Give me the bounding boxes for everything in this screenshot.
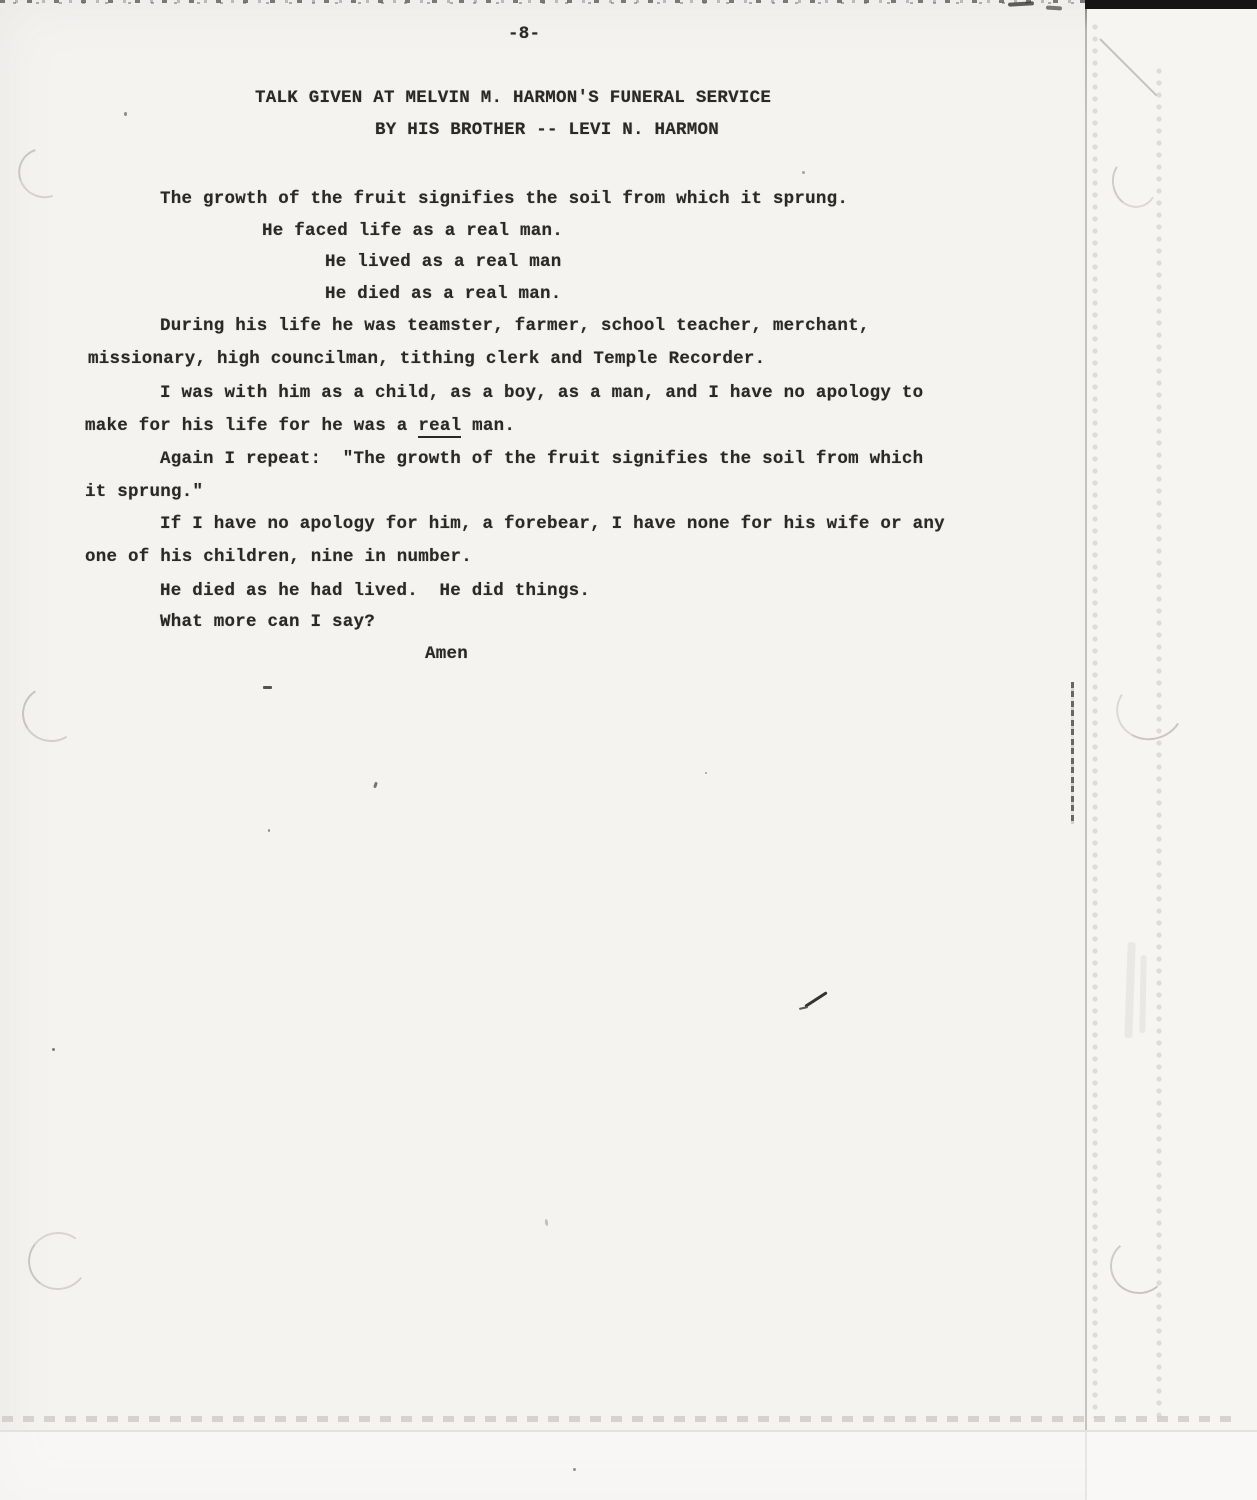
body-line-suffix: man. <box>461 416 515 436</box>
scan-bottom-margin <box>0 1432 1257 1500</box>
body-line-prefix: make for his life for he was a <box>85 416 418 436</box>
ink-speck <box>802 171 805 174</box>
body-line-with-underline: make for his life for he was a real man. <box>85 416 515 436</box>
body-line: What more can I say? <box>160 612 375 632</box>
punch-ring-mark <box>17 681 85 748</box>
page-number: -8- <box>508 24 540 44</box>
body-line: I was with him as a child, as a boy, as … <box>160 383 923 403</box>
ink-speck <box>52 1048 55 1051</box>
ink-speck <box>268 829 270 832</box>
protector-stitch-right <box>1154 66 1165 1418</box>
scan-edge-black-bar <box>1085 0 1257 9</box>
body-line: During his life he was teamster, farmer,… <box>160 316 870 336</box>
body-line: He faced life as a real man. <box>262 221 563 241</box>
body-line: If I have no apology for him, a forebear… <box>160 514 945 534</box>
body-line-amen: Amen <box>425 644 468 664</box>
scanned-document-page: -8- TALK GIVEN AT MELVIN M. HARMON'S FUN… <box>0 0 1257 1500</box>
protector-stitch-left <box>1090 22 1101 1418</box>
body-line: it sprung." <box>85 482 203 502</box>
body-line: He died as a real man. <box>325 284 562 304</box>
punch-ring-mark <box>24 1228 91 1294</box>
title-line-1: TALK GIVEN AT MELVIN M. HARMON'S FUNERAL… <box>255 88 771 108</box>
ink-speck <box>573 1468 576 1471</box>
pen-tick-mark <box>804 991 827 1008</box>
protector-stitch-bottom <box>2 1416 1235 1422</box>
stray-comma-mark <box>373 782 378 789</box>
scan-top-specks <box>0 0 1088 5</box>
body-line: He lived as a real man <box>325 252 562 272</box>
body-line: He died as he had lived. He did things. <box>160 581 590 601</box>
scan-speck <box>1046 5 1062 10</box>
pen-tick-mark <box>799 1006 808 1010</box>
body-line: one of his children, nine in number. <box>85 547 472 567</box>
underlined-word: real <box>418 416 461 438</box>
stray-dash-mark <box>263 686 272 689</box>
title-line-2: BY HIS BROTHER -- LEVI N. HARMON <box>375 120 719 140</box>
toner-streak <box>1071 682 1074 824</box>
punch-ring-mark <box>10 139 79 207</box>
ink-speck <box>705 772 707 774</box>
body-line: Again I repeat: "The growth of the fruit… <box>160 449 923 469</box>
faint-mark <box>544 1219 548 1226</box>
body-line: The growth of the fruit signifies the so… <box>160 189 848 209</box>
body-line: missionary, high councilman, tithing cle… <box>88 349 765 369</box>
scan-speck <box>1008 1 1034 6</box>
page-edge-line <box>1085 0 1087 1500</box>
ink-speck <box>124 112 127 116</box>
